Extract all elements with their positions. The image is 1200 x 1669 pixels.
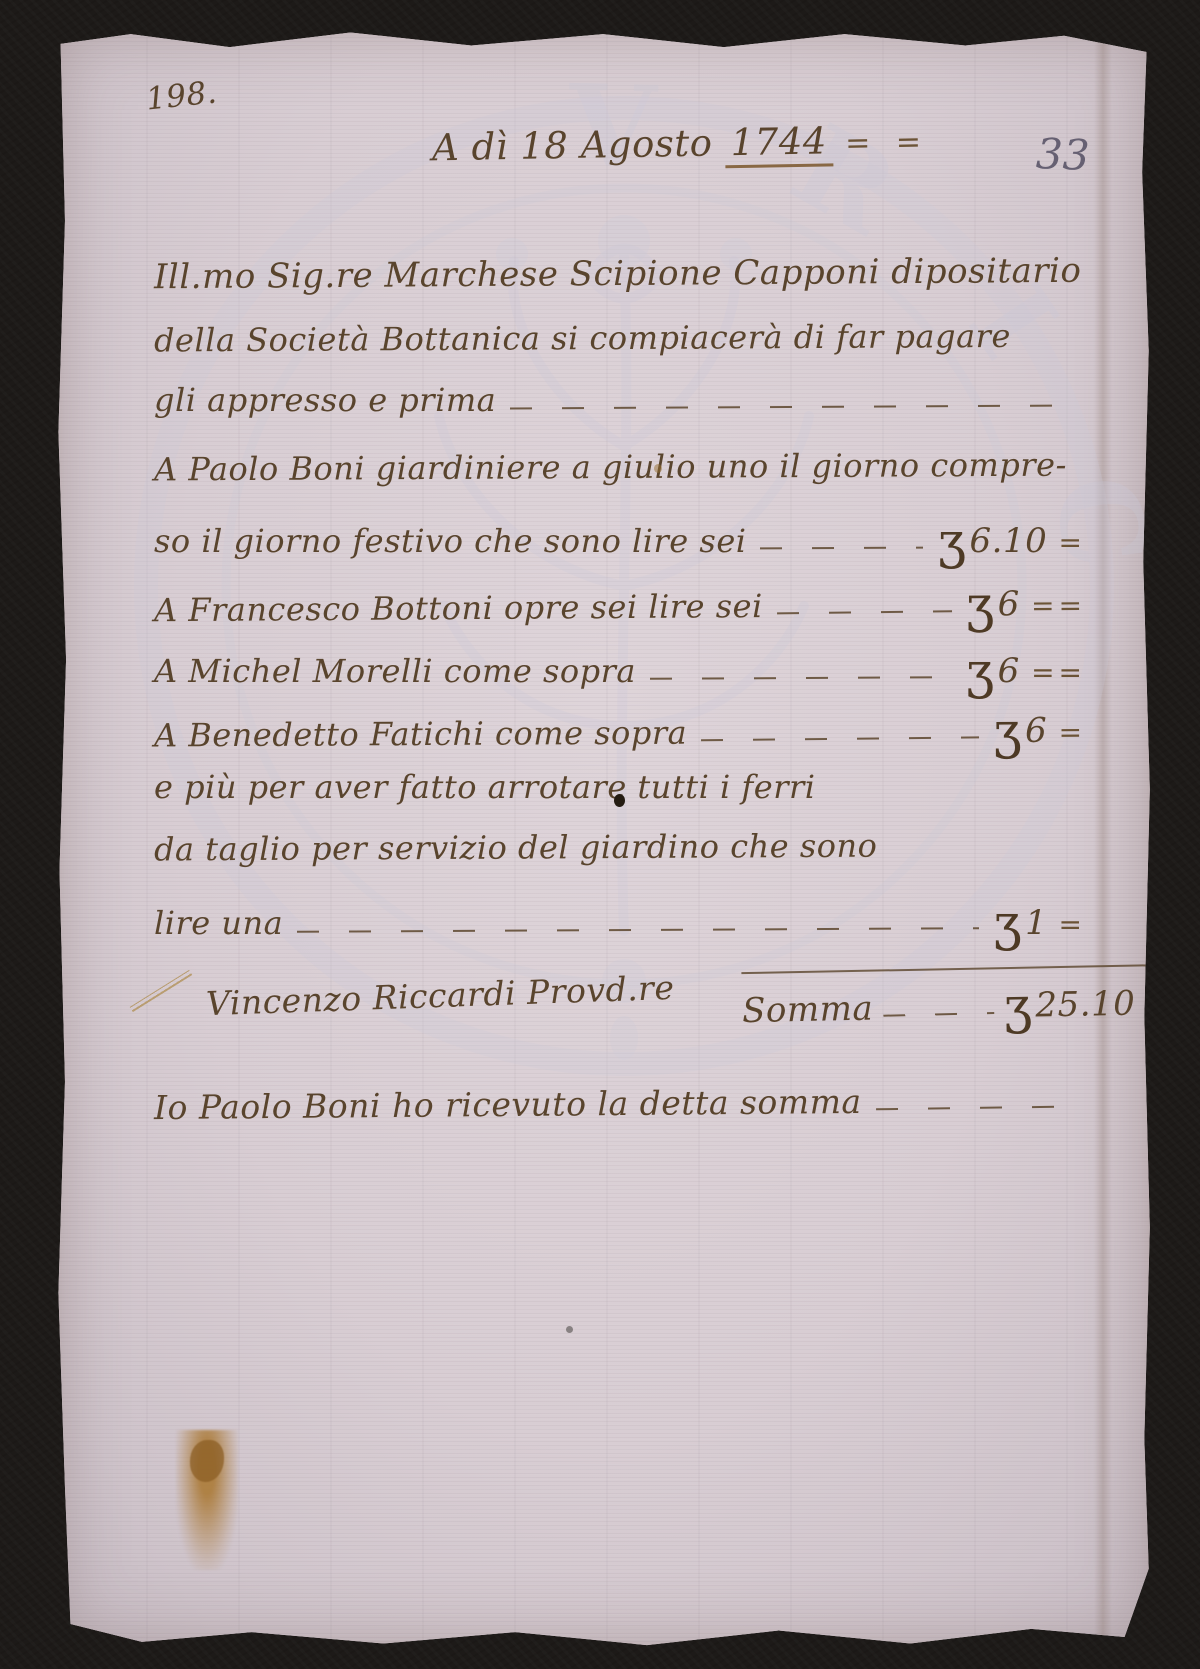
amount-suffix: ==: [1031, 656, 1086, 689]
amount-value: 1: [1025, 903, 1047, 943]
receipt-acknowledgement-line: Io Paolo Boni ho ricevuto la detta somma: [154, 1080, 1086, 1127]
lire-symbol: ʒ: [966, 642, 995, 700]
leader-dashes: [760, 547, 923, 550]
line-text: A Francesco Bottoni opre sei lire sei: [154, 587, 763, 629]
line-text: e più per aver fatto arrotare tutti i fe…: [154, 768, 816, 806]
body-line: della Società Bottanica si compiacerà di…: [154, 317, 1086, 360]
lire-symbol: ʒ: [1003, 977, 1033, 1036]
amount-value: 6: [1025, 711, 1047, 751]
line-text: gli appresso e prima: [154, 381, 496, 419]
check-slash-mark: [130, 970, 193, 1012]
line-text: A Michel Morelli come sopra: [154, 652, 636, 690]
line-text: della Società Bottanica si compiacerà di…: [154, 317, 1011, 359]
leader-dashes: [777, 610, 952, 614]
entry-amount: ʒ6 ==: [966, 575, 1087, 634]
body-line: Ill.mo Sig.re Marchese Scipione Capponi …: [154, 251, 1086, 298]
entry-amount: ʒ6 =: [993, 702, 1086, 760]
leader-dashes: [510, 405, 1070, 410]
amount-suffix: =: [1146, 988, 1174, 1022]
somma-label: Somma: [742, 989, 874, 1032]
amount-suffix: =: [1059, 908, 1086, 941]
entry-line: lire una ʒ1 =: [154, 894, 1086, 952]
amount-value: 25.10: [1035, 984, 1136, 1026]
line-text: da taglio per servizio del giardino che …: [154, 827, 878, 869]
somma-total: Somma ʒ25.10 =: [741, 964, 1174, 1040]
entry-line: A Benedetto Fatichi come sopra ʒ6 =: [154, 702, 1086, 765]
manuscript-page: V R I C A 198.: [54, 26, 1152, 1650]
entry-line: so il giorno festivo che sono lire sei ʒ…: [154, 512, 1086, 570]
lire-symbol: ʒ: [993, 702, 1022, 760]
lire-symbol: ʒ: [938, 512, 967, 570]
entry-amount: ʒ6.10 =: [938, 512, 1086, 570]
ink-blot: [614, 794, 625, 807]
handwriting-layer: 198. A dì 18 Agosto 1744 = = 33 Ill.mo S…: [54, 26, 1152, 1650]
amount-suffix: =: [1058, 716, 1086, 749]
date-year: 1744: [724, 119, 833, 168]
leader-dashes: [883, 1012, 994, 1017]
leader-dashes: [650, 676, 952, 680]
small-speck: [654, 464, 662, 473]
entry-line: A Michel Morelli come sopra ʒ6 ==: [154, 642, 1086, 700]
date-text: A dì 18 Agosto: [432, 121, 713, 169]
folio-number: 198.: [144, 74, 218, 117]
scan-background: V R I C A 198.: [0, 0, 1200, 1669]
line-text: Ill.mo Sig.re Marchese Scipione Capponi …: [154, 251, 1082, 297]
leader-dashes: [297, 927, 979, 933]
amount-value: 6: [998, 651, 1020, 691]
date-trailing-dashes: = =: [845, 125, 929, 161]
entry-amount: ʒ1 =: [993, 894, 1086, 952]
amount-value: 6: [997, 584, 1019, 624]
date-heading: A dì 18 Agosto 1744 = =: [432, 118, 930, 170]
leader-dashes: [876, 1105, 1072, 1110]
line-text: lire una: [154, 904, 283, 942]
lire-symbol: ʒ: [966, 575, 995, 633]
line-text: A Benedetto Fatichi come sopra: [154, 714, 687, 755]
body-line: A Paolo Boni giardiniere a giulio uno il…: [154, 446, 1086, 489]
leader-dashes: [701, 736, 979, 741]
amount-value: 6.10: [970, 521, 1048, 561]
line-text: so il giorno festivo che sono lire sei: [154, 522, 746, 560]
amount-suffix: ==: [1031, 589, 1086, 622]
body-line: da taglio per servizio del giardino che …: [154, 826, 1086, 869]
entry-line: A Francesco Bottoni opre sei lire sei ʒ6…: [154, 575, 1086, 640]
line-text: A Paolo Boni giardiniere a giulio uno il…: [154, 446, 1067, 489]
lire-symbol: ʒ: [993, 894, 1022, 952]
line-text: Io Paolo Boni ho ricevuto la detta somma: [154, 1082, 862, 1127]
amount-suffix: =: [1059, 526, 1086, 559]
small-speck: [566, 1326, 573, 1333]
body-line: gli appresso e prima: [154, 381, 1086, 419]
marginal-archive-number: 33: [1035, 129, 1090, 180]
somma-amount: ʒ25.10 =: [1003, 974, 1174, 1035]
provveditore-signature: Vincenzo Riccardi Provd.re: [205, 968, 675, 1023]
entry-amount: ʒ6 ==: [966, 642, 1086, 700]
